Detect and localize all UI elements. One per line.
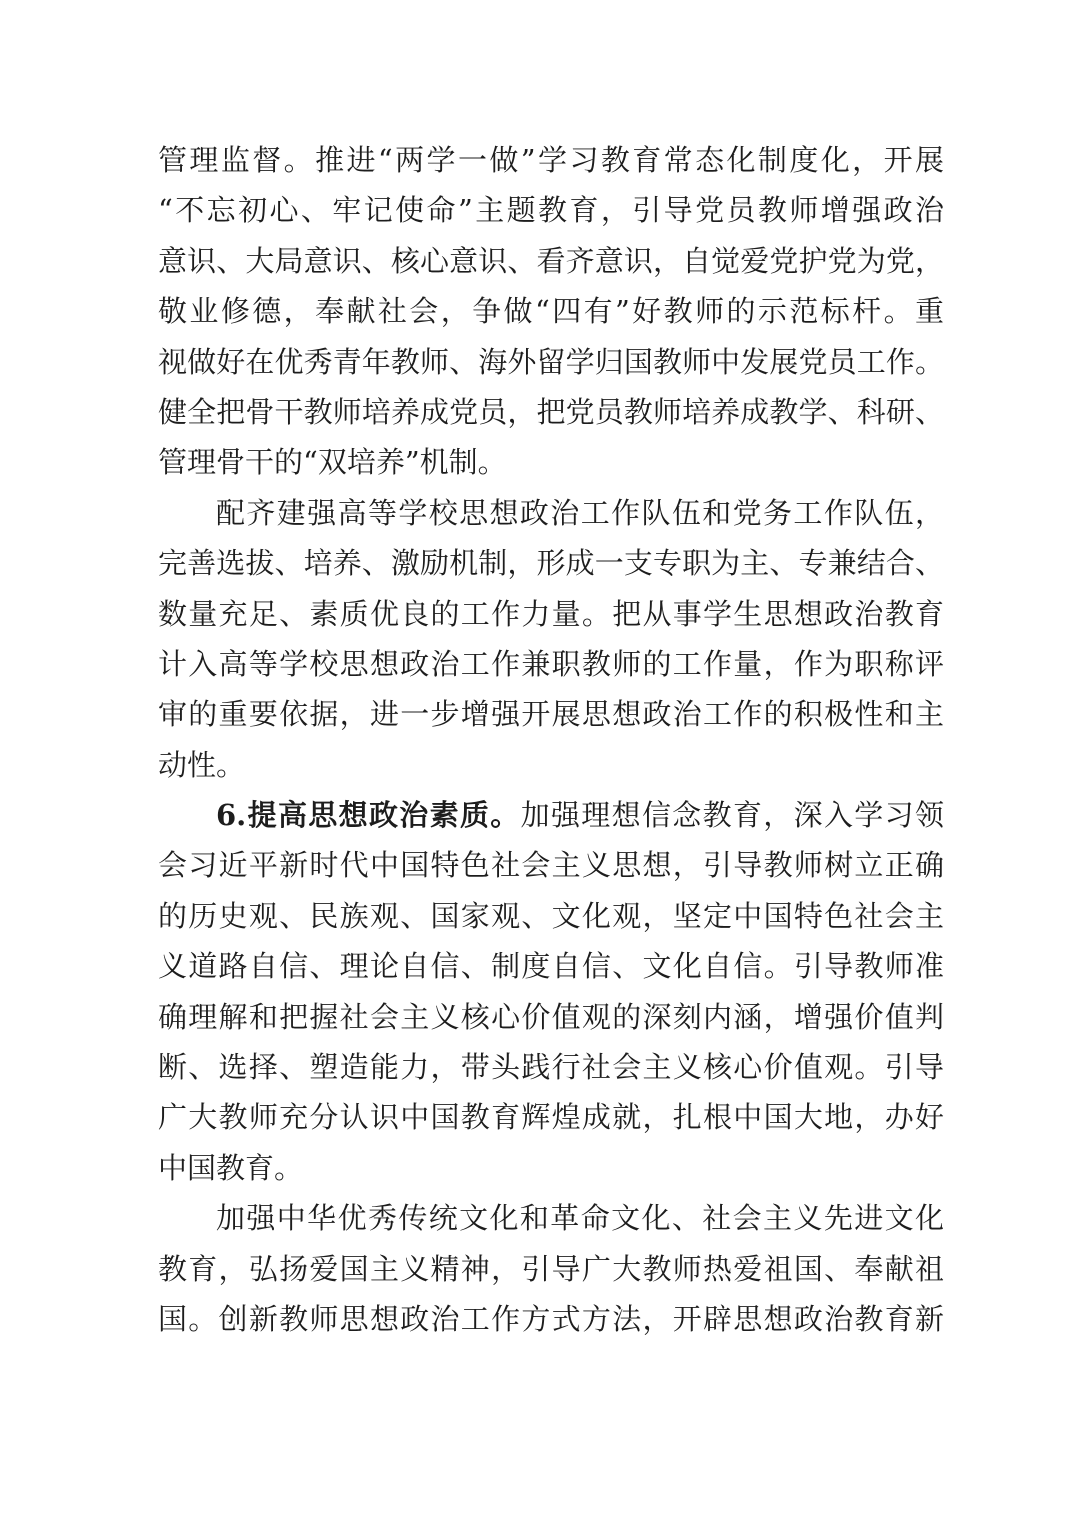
text-run: 计入高等学校思想政治工作兼职教师的工作量，作为职称评 xyxy=(158,647,944,681)
text-line: 配齐建强高等学校思想政治工作队伍和党务工作队伍， xyxy=(158,488,944,538)
text-line: 会习近平新时代中国特色社会主义思想，引导教师树立正确 xyxy=(158,840,944,890)
text-run: 意识、大局意识、核心意识、看齐意识，自觉爱党护党为党， xyxy=(158,244,944,278)
text-line: 的历史观、民族观、国家观、文化观，坚定中国特色社会主 xyxy=(158,891,944,941)
text-run: 视做好在优秀青年教师、海外留学归国教师中发展党员工作。 xyxy=(158,345,944,379)
text-line: 6.提高思想政治素质。加强理想信念教育，深入学习领 xyxy=(158,790,944,840)
text-run: 加强理想信念教育，深入学习领 xyxy=(521,798,944,832)
text-run: 动性。 xyxy=(158,748,245,782)
paragraph-work-team-building: 配齐建强高等学校思想政治工作队伍和党务工作队伍，完善选拔、培养、激励机制，形成一… xyxy=(158,488,944,790)
paragraph-party-member-education: 管理监督。推进“两学一做”学习教育常态化制度化，开展“不忘初心、牢记使命”主题教… xyxy=(158,135,944,488)
text-line: 断、选择、塑造能力，带头践行社会主义核心价值观。引导 xyxy=(158,1042,944,1092)
text-line: 管理骨干的“双培养”机制。 xyxy=(158,437,944,487)
text-line: 健全把骨干教师培养成党员，把党员教师培养成教学、科研、 xyxy=(158,387,944,437)
text-run: 配齐建强高等学校思想政治工作队伍和党务工作队伍， xyxy=(216,496,944,530)
text-run: 管理监督。推进“两学一做”学习教育常态化制度化，开展 xyxy=(158,143,944,177)
text-run: 敬业修德，奉献社会，争做“四有”好教师的示范标杆。重 xyxy=(158,294,944,328)
text-line: 加强中华优秀传统文化和革命文化、社会主义先进文化 xyxy=(158,1193,944,1243)
text-run: 管理骨干的“双培养”机制。 xyxy=(158,445,507,479)
text-line: 完善选拔、培养、激励机制，形成一支专职为主、专兼结合、 xyxy=(158,538,944,588)
text-run: 会习近平新时代中国特色社会主义思想，引导教师树立正确 xyxy=(158,848,944,882)
paragraph-6-ideological-political-quality: 6.提高思想政治素质。加强理想信念教育，深入学习领会习近平新时代中国特色社会主义… xyxy=(158,790,944,1193)
text-line: 意识、大局意识、核心意识、看齐意识，自觉爱党护党为党， xyxy=(158,236,944,286)
text-line: 义道路自信、理论自信、制度自信、文化自信。引导教师准 xyxy=(158,941,944,991)
text-line: 教育，弘扬爱国主义精神，引导广大教师热爱祖国、奉献祖 xyxy=(158,1244,944,1294)
text-line: 动性。 xyxy=(158,740,944,790)
text-run: 断、选择、塑造能力，带头践行社会主义核心价值观。引导 xyxy=(158,1050,944,1084)
text-run: 义道路自信、理论自信、制度自信、文化自信。引导教师准 xyxy=(158,949,944,983)
text-run: 国。创新教师思想政治工作方式方法，开辟思想政治教育新 xyxy=(158,1302,944,1336)
text-run: 数量充足、素质优良的工作力量。把从事学生思想政治教育 xyxy=(158,597,944,631)
text-run: 的历史观、民族观、国家观、文化观，坚定中国特色社会主 xyxy=(158,899,944,933)
paragraph-culture-education: 加强中华优秀传统文化和革命文化、社会主义先进文化教育，弘扬爱国主义精神，引导广大… xyxy=(158,1193,944,1344)
text-line: 敬业修德，奉献社会，争做“四有”好教师的示范标杆。重 xyxy=(158,286,944,336)
text-line: 广大教师充分认识中国教育辉煌成就，扎根中国大地，办好 xyxy=(158,1092,944,1142)
text-run: 加强中华优秀传统文化和革命文化、社会主义先进文化 xyxy=(216,1201,944,1235)
text-line: 中国教育。 xyxy=(158,1143,944,1193)
text-run: 审的重要依据，进一步增强开展思想政治工作的积极性和主 xyxy=(158,697,944,731)
text-line: “不忘初心、牢记使命”主题教育，引导党员教师增强政治 xyxy=(158,185,944,235)
text-line: 管理监督。推进“两学一做”学习教育常态化制度化，开展 xyxy=(158,135,944,185)
text-line: 国。创新教师思想政治工作方式方法，开辟思想政治教育新 xyxy=(158,1294,944,1344)
text-line: 视做好在优秀青年教师、海外留学归国教师中发展党员工作。 xyxy=(158,337,944,387)
document-page: 管理监督。推进“两学一做”学习教育常态化制度化，开展“不忘初心、牢记使命”主题教… xyxy=(0,0,1074,1520)
text-run: “不忘初心、牢记使命”主题教育，引导党员教师增强政治 xyxy=(158,193,944,227)
text-line: 计入高等学校思想政治工作兼职教师的工作量，作为职称评 xyxy=(158,639,944,689)
text-line: 数量充足、素质优良的工作力量。把从事学生思想政治教育 xyxy=(158,589,944,639)
document-text: 管理监督。推进“两学一做”学习教育常态化制度化，开展“不忘初心、牢记使命”主题教… xyxy=(158,135,944,1344)
text-run: 确理解和把握社会主义核心价值观的深刻内涵，增强价值判 xyxy=(158,1000,944,1034)
text-line: 确理解和把握社会主义核心价值观的深刻内涵，增强价值判 xyxy=(158,992,944,1042)
text-run: 完善选拔、培养、激励机制，形成一支专职为主、专兼结合、 xyxy=(158,546,944,580)
text-run: 健全把骨干教师培养成党员，把党员教师培养成教学、科研、 xyxy=(158,395,944,429)
section-heading-run: 6.提高思想政治素质。 xyxy=(216,798,521,832)
text-line: 审的重要依据，进一步增强开展思想政治工作的积极性和主 xyxy=(158,689,944,739)
text-run: 教育，弘扬爱国主义精神，引导广大教师热爱祖国、奉献祖 xyxy=(158,1252,944,1286)
text-run: 中国教育。 xyxy=(158,1151,303,1185)
text-run: 广大教师充分认识中国教育辉煌成就，扎根中国大地，办好 xyxy=(158,1100,944,1134)
